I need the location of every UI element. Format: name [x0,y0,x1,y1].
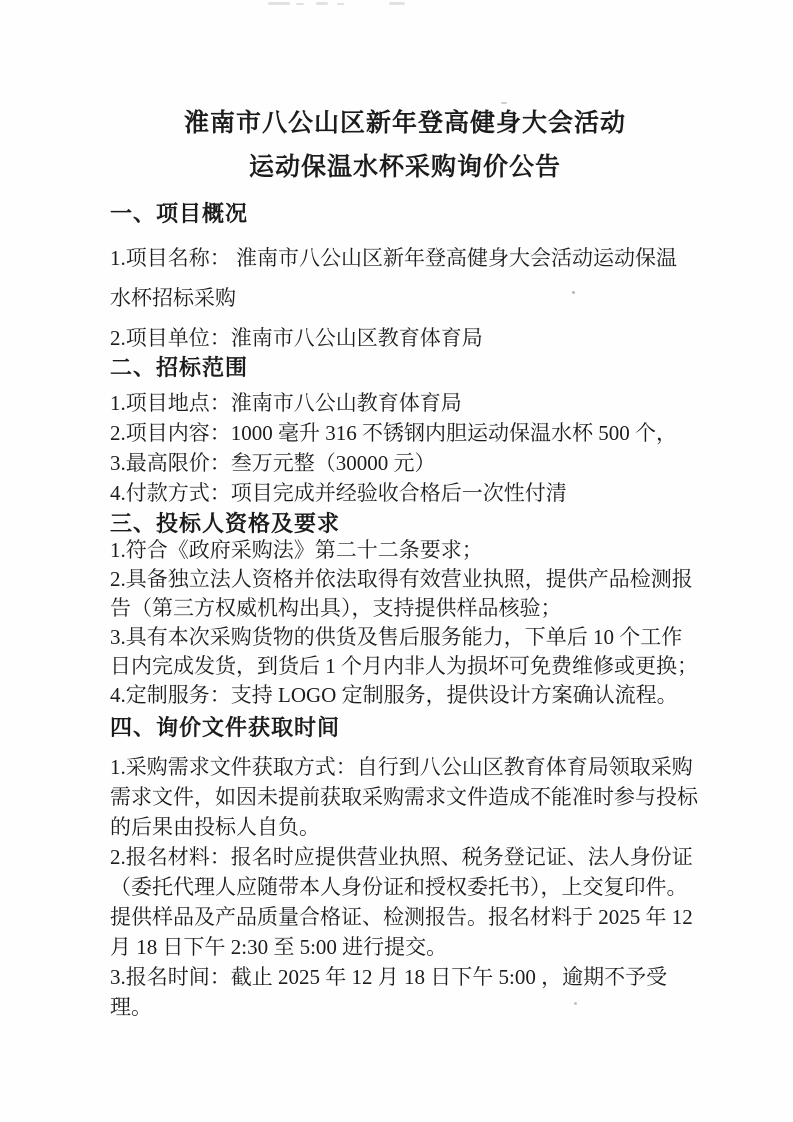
text-line: 水杯招标采购 [110,278,700,318]
text-line: 需求文件，如因未提前获取采购需求文件造成不能准时参与投标 [110,782,700,812]
section-project-overview: 一、项目概况 1.项目名称： 淮南市八公山区新年登高健身大会活动运动保温 水杯招… [110,198,700,358]
text-line: 1.符合《政府采购法》第二十二条要求； [110,536,700,565]
text-line: 1.项目地点：淮南市八公山教育体育局 [110,388,700,418]
text-line: 4.定制服务：支持 LOGO 定制服务，提供设计方案确认流程。 [110,681,700,710]
text-line: 4.付款方式：项目完成并经验收合格后一次性付清 [110,478,700,508]
text-line: 2.项目内容：1000 毫升 316 不锈钢内胆运动保温水杯 500 个， [110,418,700,448]
text-line: 理。 [110,992,700,1022]
text-line: 2.具备独立法人资格并依法取得有效营业执照，提供产品检测报 [110,565,700,594]
text-line: 日内完成发货，到货后 1 个月内非人为损坏可免费维修或更换； [110,652,700,681]
section-heading-4: 四、询价文件获取时间 [110,712,700,744]
text-line: 2.报名材料：报名时应提供营业执照、税务登记证、法人身份证 [110,842,700,872]
text-line: 月 18 日下午 2:30 至 5:00 进行提交。 [110,932,700,962]
section-inquiry-document-access: 四、询价文件获取时间 1.采购需求文件获取方式：自行到八公山区教育体育局领取采购… [110,712,700,1022]
section-bidder-qualifications: 三、投标人资格及要求 1.符合《政府采购法》第二十二条要求； 2.具备独立法人资… [110,508,700,710]
text-line: 1.采购需求文件获取方式：自行到八公山区教育体育局领取采购 [110,752,700,782]
text-line: 告（第三方权威机构出具），支持提供样品核验； [110,594,700,623]
document-title-line-2: 运动保温水杯采购询价公告 [110,146,700,190]
text-line: 提供样品及产品质量合格证、检测报告。报名材料于 2025 年 12 [110,902,700,932]
text-line: 3.具有本次采购货物的供货及售后服务能力，下单后 10 个工作 [110,623,700,652]
text-line: （委托代理人应随带本人身份证和授权委托书），上交复印件。 [110,872,700,902]
text-line: 1.项目名称： 淮南市八公山区新年登高健身大会活动运动保温 [110,238,700,278]
text-line: 3.报名时间：截止 2025 年 12 月 18 日下午 5:00 ，逾期不予受 [110,962,700,992]
section-bidding-scope: 二、招标范围 1.项目地点：淮南市八公山教育体育局 2.项目内容：1000 毫升… [110,352,700,508]
text-line: 3.最高限价：叁万元整（30000 元） [110,448,700,478]
document-title-line-1: 淮南市八公山区新年登高健身大会活动 [110,102,700,146]
section-heading-1: 一、项目概况 [110,198,700,230]
text-line: 的后果由投标人自负。 [110,812,700,842]
scanned-document-page: 淮南市八公山区新年登高健身大会活动 运动保温水杯采购询价公告 一、项目概况 1.… [0,0,793,1122]
document-body: 淮南市八公山区新年登高健身大会活动 运动保温水杯采购询价公告 一、项目概况 1.… [110,0,700,1022]
